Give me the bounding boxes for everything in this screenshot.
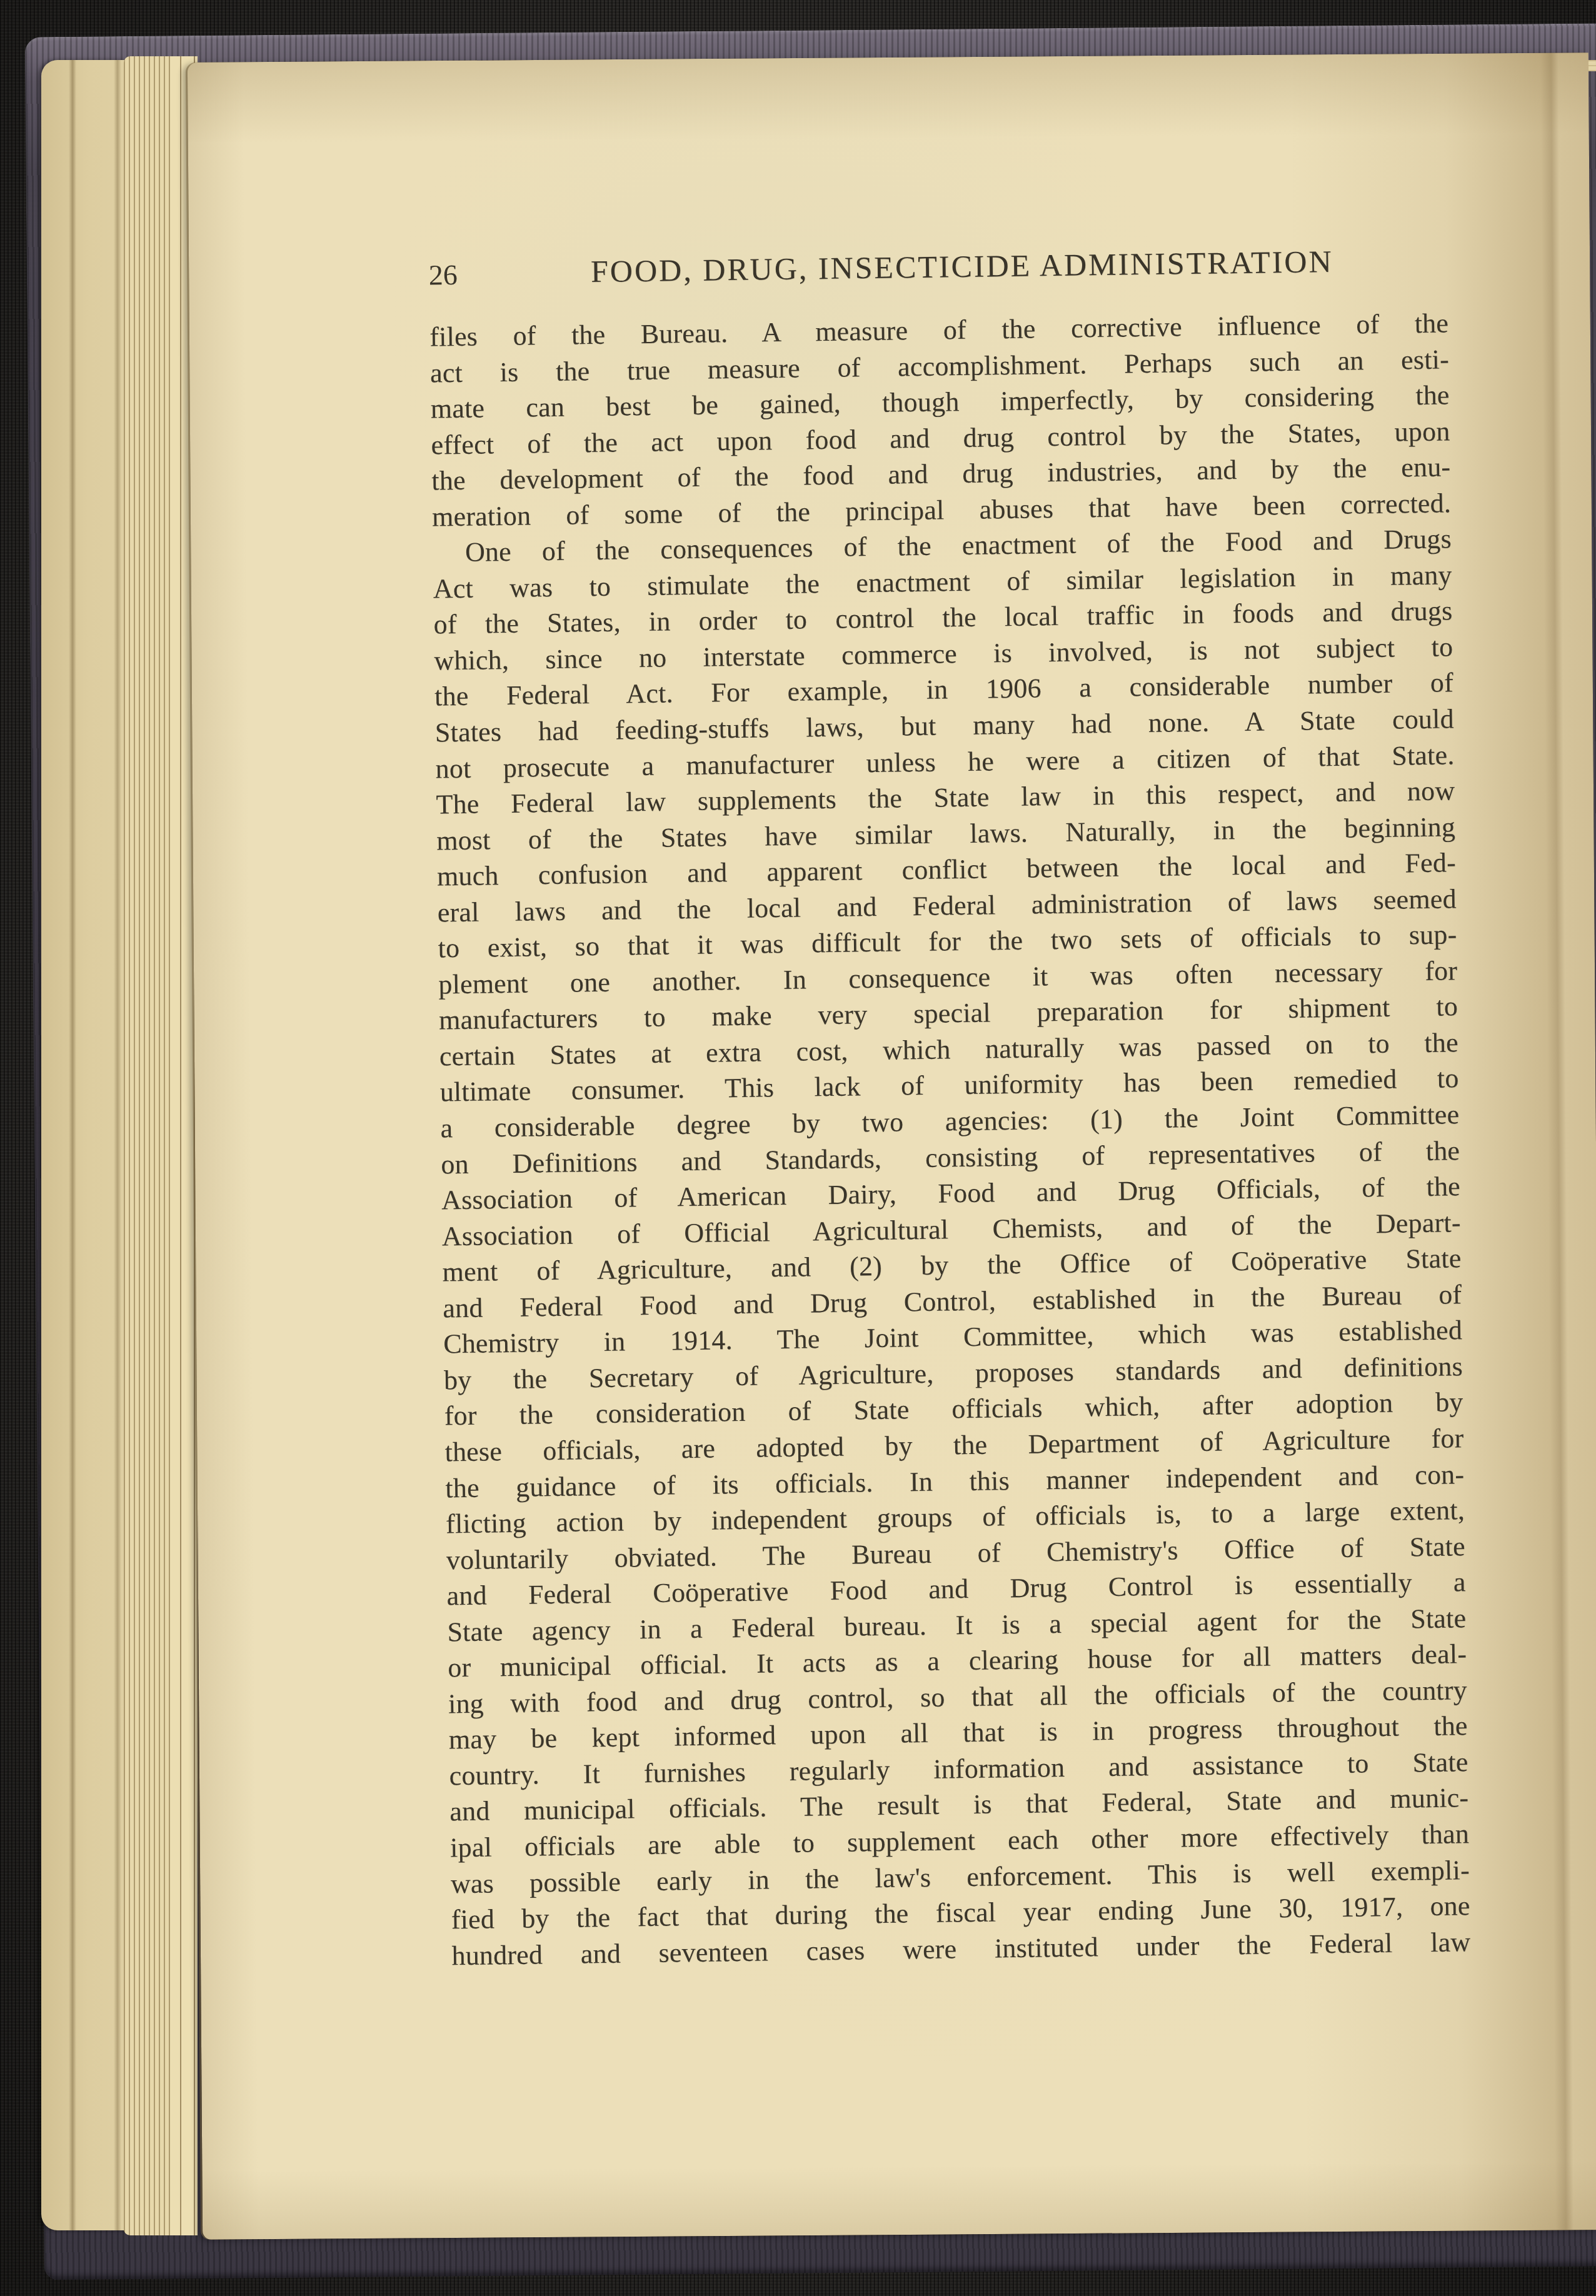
- page-edge-stack: [124, 56, 198, 2235]
- book-photo: 26 FOOD, DRUG, INSECTICIDE ADMINISTRATIO…: [0, 0, 1596, 2296]
- paragraph: files of the Bureau. A measure of the co…: [429, 305, 1452, 534]
- page-header: 26 FOOD, DRUG, INSECTICIDE ADMINISTRATIO…: [428, 238, 1448, 295]
- page-content: 26 FOOD, DRUG, INSECTICIDE ADMINISTRATIO…: [426, 50, 1474, 2241]
- body-copy: files of the Bureau. A measure of the co…: [429, 305, 1471, 1973]
- running-title: FOOD, DRUG, INSECTICIDE ADMINISTRATION: [428, 237, 1495, 295]
- book-page: 26 FOOD, DRUG, INSECTICIDE ADMINISTRATIO…: [188, 53, 1596, 2240]
- paragraph: One of the consequences of the enactment…: [433, 521, 1471, 1974]
